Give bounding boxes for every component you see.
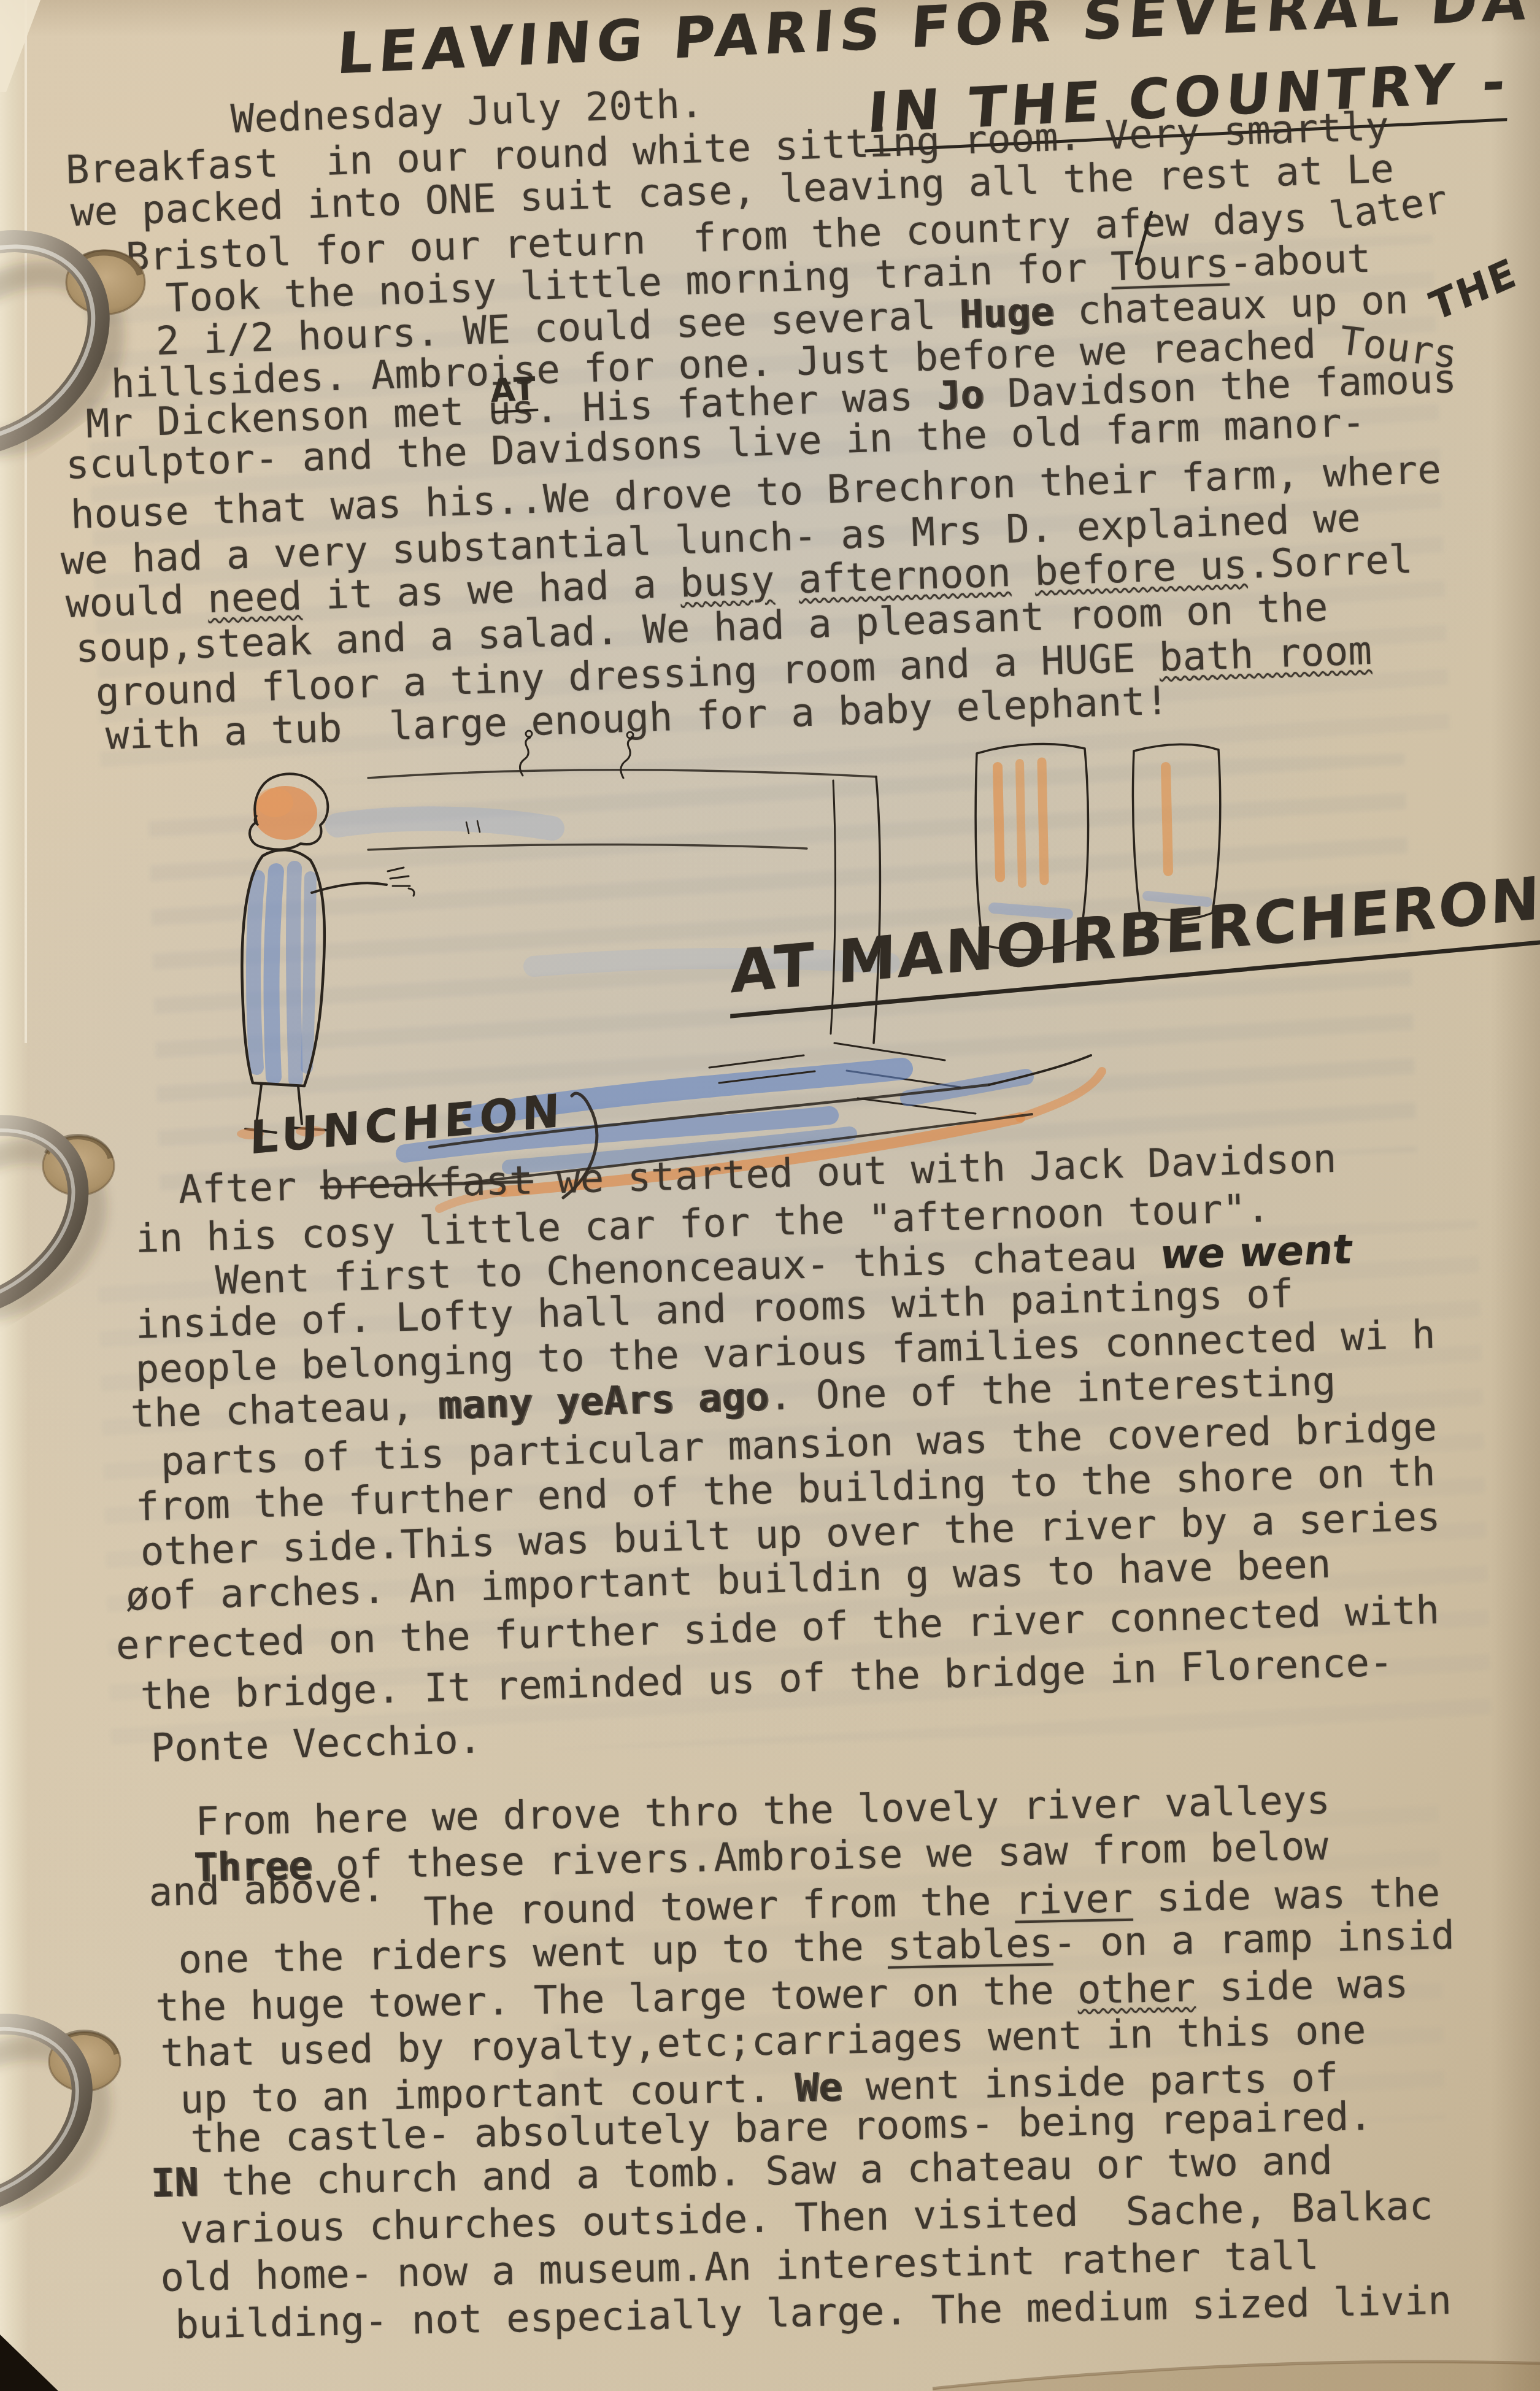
underlined-word: other (1077, 1965, 1196, 2013)
bottom-page-curl-line (933, 2362, 1540, 2389)
overtyped-word: Huge (958, 289, 1054, 337)
overtyped-word: Jo (936, 372, 984, 419)
typed-inserted-line: and above. (148, 1867, 386, 1914)
typed-text: would (65, 577, 209, 627)
typed-line: Ponte Vecchio. (150, 1718, 482, 1770)
handwritten-at: AT (490, 371, 538, 414)
underlined-word: need (207, 574, 302, 622)
typed-text: After (178, 1164, 321, 1213)
typed-text: and above. (148, 1866, 386, 1915)
struck-word: breakfast (320, 1158, 534, 1209)
typed-text: side was (1195, 1962, 1409, 2011)
underlined-word: afternoon (798, 550, 1012, 603)
diary-page-photo: LEAVING PARIS FOR SEVERAL DAYS IN THE CO… (0, 0, 1540, 2391)
bottom-page-curl-fill (933, 2362, 1540, 2391)
underlined-word: stables (887, 1921, 1053, 1969)
typed-text (1010, 550, 1035, 596)
typed-text: .Sorrel (1246, 537, 1413, 588)
page-crease (25, 0, 27, 1043)
underlined-word: busy (679, 558, 775, 607)
typed-text (1134, 636, 1160, 682)
page-curl-shadow (1491, 0, 1540, 2391)
underlined-word: river (1014, 1876, 1133, 1924)
typed-text: - on a ramp insid (1052, 1913, 1455, 1966)
underlined-word: bath room (1158, 628, 1373, 680)
handwritten-we-went: we went (1158, 1228, 1355, 1277)
overtyped-words: many yeArs ago (437, 1374, 769, 1429)
underlined-word: before us (1034, 542, 1248, 595)
typed-text: the chateau, (130, 1383, 439, 1437)
typed-text: -about (1228, 236, 1372, 287)
typed-text (774, 557, 799, 603)
typed-text: Ponte Vecchio. (150, 1717, 482, 1771)
overtyped-word: IN (150, 2160, 198, 2206)
typed-text: HUGE (1040, 636, 1136, 685)
underlined-word: Tours (1110, 241, 1230, 290)
